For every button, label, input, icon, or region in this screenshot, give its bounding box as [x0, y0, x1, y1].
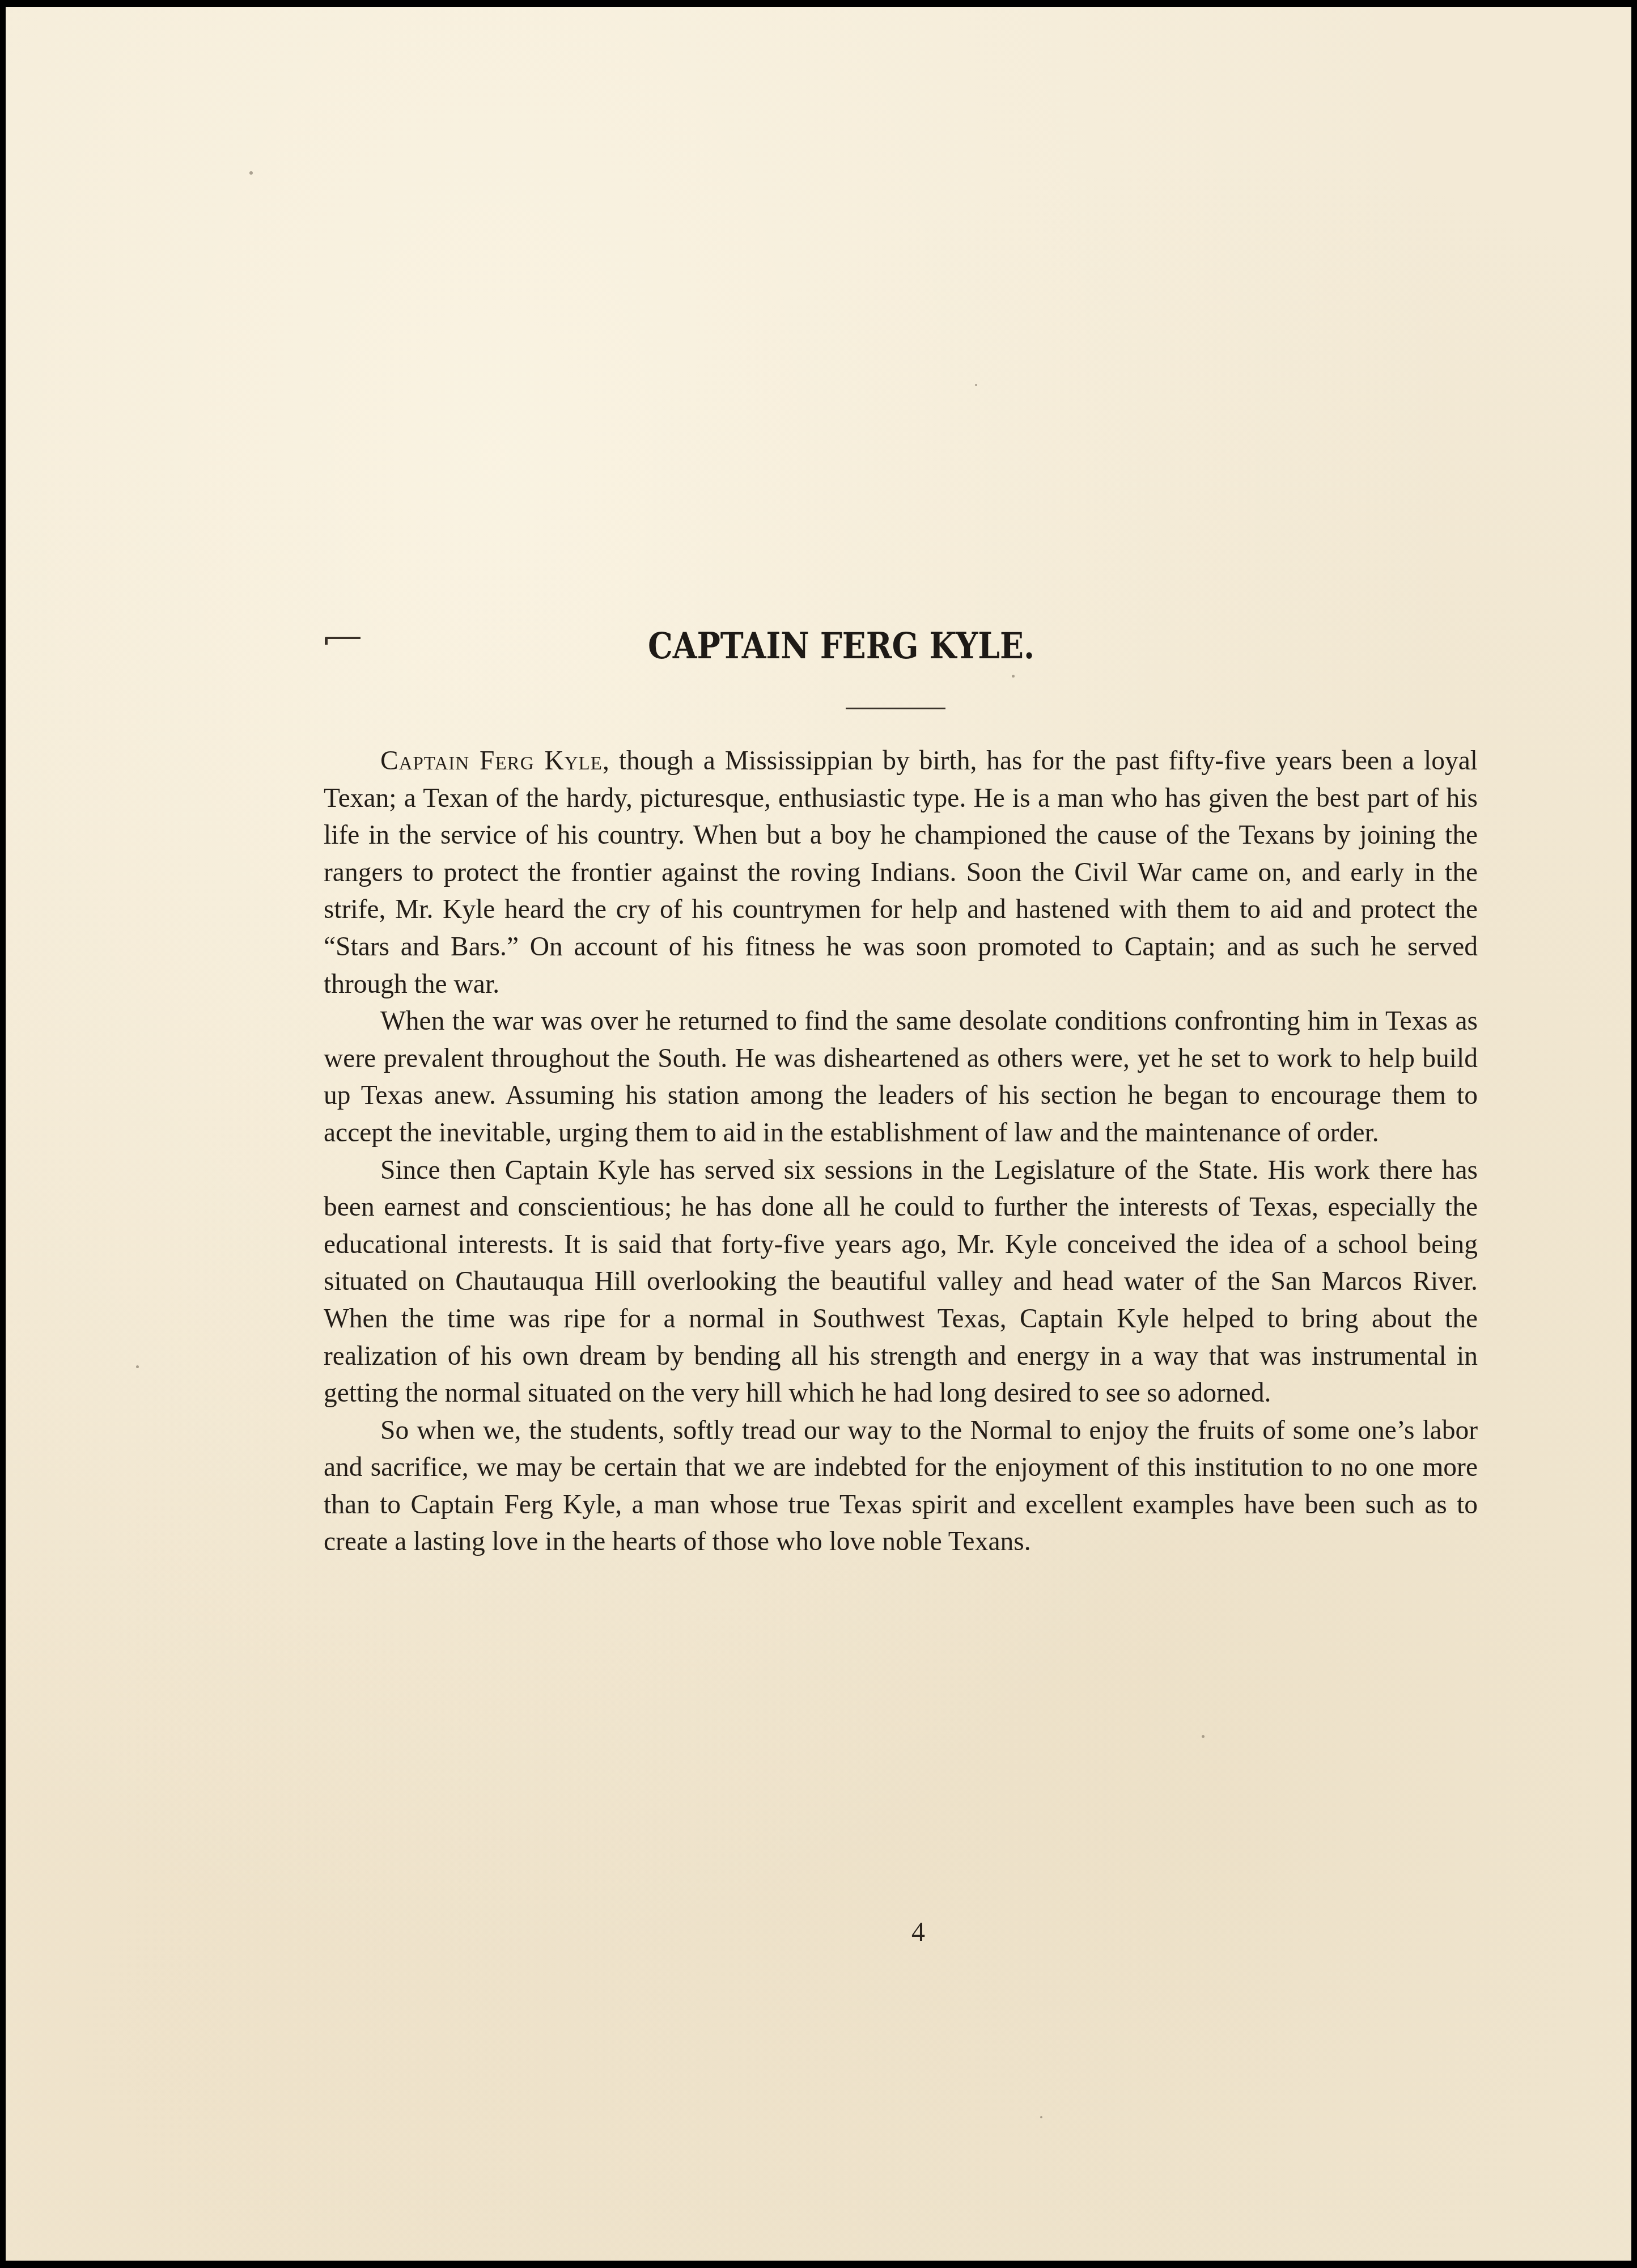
paragraph-2: When the war was over he returned to fin… — [324, 1003, 1478, 1152]
paragraph-1: Captain Ferg Kyle, though a Mississippia… — [324, 743, 1478, 1003]
page-title: CAPTAIN FERG KYLE. — [142, 625, 1540, 667]
title-divider-rule — [846, 708, 945, 709]
lead-in-name: Captain Ferg Kyle — [380, 746, 603, 776]
scan-speck — [1202, 1735, 1205, 1738]
document-page: CAPTAIN FERG KYLE. Captain Ferg Kyle, th… — [6, 7, 1631, 2261]
paragraph-3: Since then Captain Kyle has served six s… — [324, 1152, 1478, 1412]
page-number: 4 — [901, 1916, 935, 1948]
scan-speck — [975, 384, 977, 386]
scan-speck — [136, 1365, 139, 1368]
paragraph-4: So when we, the students, softly tread o… — [324, 1412, 1478, 1561]
scan-speck — [1040, 2116, 1042, 2118]
scan-speck — [249, 171, 253, 175]
article-body: Captain Ferg Kyle, though a Mississippia… — [324, 743, 1478, 1561]
scan-speck — [1012, 675, 1015, 678]
paragraph-1-text: , though a Mississippian by birth, has f… — [324, 746, 1478, 999]
